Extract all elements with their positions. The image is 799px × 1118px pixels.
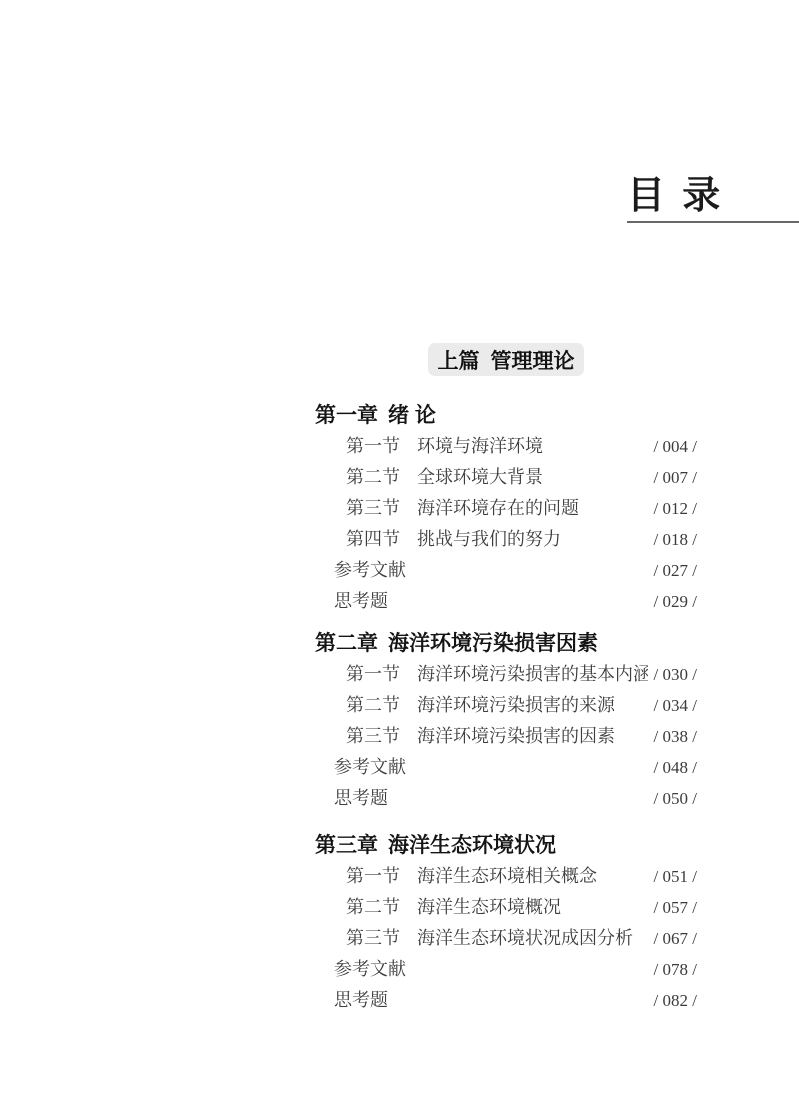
chapter-number: 第三章 [315, 834, 378, 857]
toc-row: 第二节海洋环境污染损害的来源 / 034 / [315, 690, 697, 721]
page-number: / 038 / [654, 721, 697, 752]
section-title: 环境与海洋环境 [417, 436, 543, 457]
chapter-block-1: 第一章绪 论 第一节环境与海洋环境 / 004 / 第二节全球环境大背景 / 0… [315, 400, 697, 617]
section-title: 海洋环境污染损害的基本内涵 [417, 664, 648, 685]
section-number: 第一节 [346, 436, 400, 457]
toc-row-references: 参考文献 / 027 / [315, 555, 697, 586]
section-number: 第一节 [346, 664, 400, 685]
page-number: / 067 / [654, 923, 697, 954]
section-number: 第三节 [346, 498, 400, 519]
section-title: 海洋环境污染损害的因素 [417, 726, 615, 747]
page-title: 目 录 [627, 174, 722, 215]
page-number: / 078 / [654, 954, 697, 985]
row-title: 参考文献 [334, 954, 648, 985]
chapter-number: 第一章 [315, 404, 378, 427]
chapter-block-3: 第三章海洋生态环境状况 第一节海洋生态环境相关概念 / 051 / 第二节海洋生… [315, 830, 697, 1016]
chapter-block-2: 第二章海洋环境污染损害因素 第一节海洋环境污染损害的基本内涵 / 030 / 第… [315, 628, 697, 814]
chapter-title: 绪 论 [388, 404, 436, 427]
chapter-heading: 第三章海洋生态环境状况 [315, 830, 697, 861]
section-title: 全球环境大背景 [417, 467, 543, 488]
toc-row: 第一节海洋生态环境相关概念 / 051 / [315, 861, 697, 892]
section-number: 第三节 [346, 928, 400, 949]
toc-row: 第四节挑战与我们的努力 / 018 / [315, 524, 697, 555]
section-title: 海洋生态环境状况成因分析 [417, 928, 633, 949]
title-rule [627, 221, 799, 223]
toc-row-questions: 思考题 / 029 / [315, 586, 697, 617]
toc-row: 第一节海洋环境污染损害的基本内涵 / 030 / [315, 659, 697, 690]
section-number: 第一节 [346, 866, 400, 887]
row-title: 思考题 [334, 985, 648, 1016]
page-number: / 051 / [654, 861, 697, 892]
page-number: / 050 / [654, 783, 697, 814]
section-title: 挑战与我们的努力 [417, 529, 561, 550]
toc-row-references: 参考文献 / 078 / [315, 954, 697, 985]
page-number: / 007 / [654, 462, 697, 493]
chapter-number: 第二章 [315, 632, 378, 655]
part-title: 管理理论 [491, 345, 575, 375]
section-title: 海洋环境存在的问题 [417, 498, 579, 519]
row-title: 参考文献 [334, 752, 648, 783]
section-title: 海洋生态环境概况 [417, 897, 561, 918]
toc-page: 目 录 上篇管理理论 第一章绪 论 第一节环境与海洋环境 / 004 / 第二节… [0, 0, 799, 1118]
toc-row-questions: 思考题 / 050 / [315, 783, 697, 814]
part-header: 上篇管理理论 [428, 343, 584, 376]
page-number: / 018 / [654, 524, 697, 555]
toc-row-references: 参考文献 / 048 / [315, 752, 697, 783]
row-title: 思考题 [334, 586, 648, 617]
chapter-title: 海洋环境污染损害因素 [388, 632, 598, 655]
chapter-heading: 第二章海洋环境污染损害因素 [315, 628, 697, 659]
chapter-title: 海洋生态环境状况 [388, 834, 556, 857]
row-title: 参考文献 [334, 555, 648, 586]
page-number: / 082 / [654, 985, 697, 1016]
page-number: / 004 / [654, 431, 697, 462]
section-number: 第二节 [346, 695, 400, 716]
page-number: / 029 / [654, 586, 697, 617]
page-number: / 048 / [654, 752, 697, 783]
toc-row-questions: 思考题 / 082 / [315, 985, 697, 1016]
section-number: 第二节 [346, 467, 400, 488]
page-number: / 034 / [654, 690, 697, 721]
section-number: 第四节 [346, 529, 400, 550]
toc-row: 第三节海洋生态环境状况成因分析 / 067 / [315, 923, 697, 954]
row-title: 思考题 [334, 783, 648, 814]
toc-row: 第三节海洋环境污染损害的因素 / 038 / [315, 721, 697, 752]
page-number: / 027 / [654, 555, 697, 586]
section-title: 海洋生态环境相关概念 [417, 866, 597, 887]
section-number: 第三节 [346, 726, 400, 747]
toc-row: 第二节海洋生态环境概况 / 057 / [315, 892, 697, 923]
toc-row: 第一节环境与海洋环境 / 004 / [315, 431, 697, 462]
page-number: / 057 / [654, 892, 697, 923]
section-title: 海洋环境污染损害的来源 [417, 695, 615, 716]
page-number: / 012 / [654, 493, 697, 524]
chapter-heading: 第一章绪 论 [315, 400, 697, 431]
toc-row: 第三节海洋环境存在的问题 / 012 / [315, 493, 697, 524]
page-number: / 030 / [654, 659, 697, 690]
toc-row: 第二节全球环境大背景 / 007 / [315, 462, 697, 493]
section-number: 第二节 [346, 897, 400, 918]
part-prefix: 上篇 [438, 345, 480, 375]
